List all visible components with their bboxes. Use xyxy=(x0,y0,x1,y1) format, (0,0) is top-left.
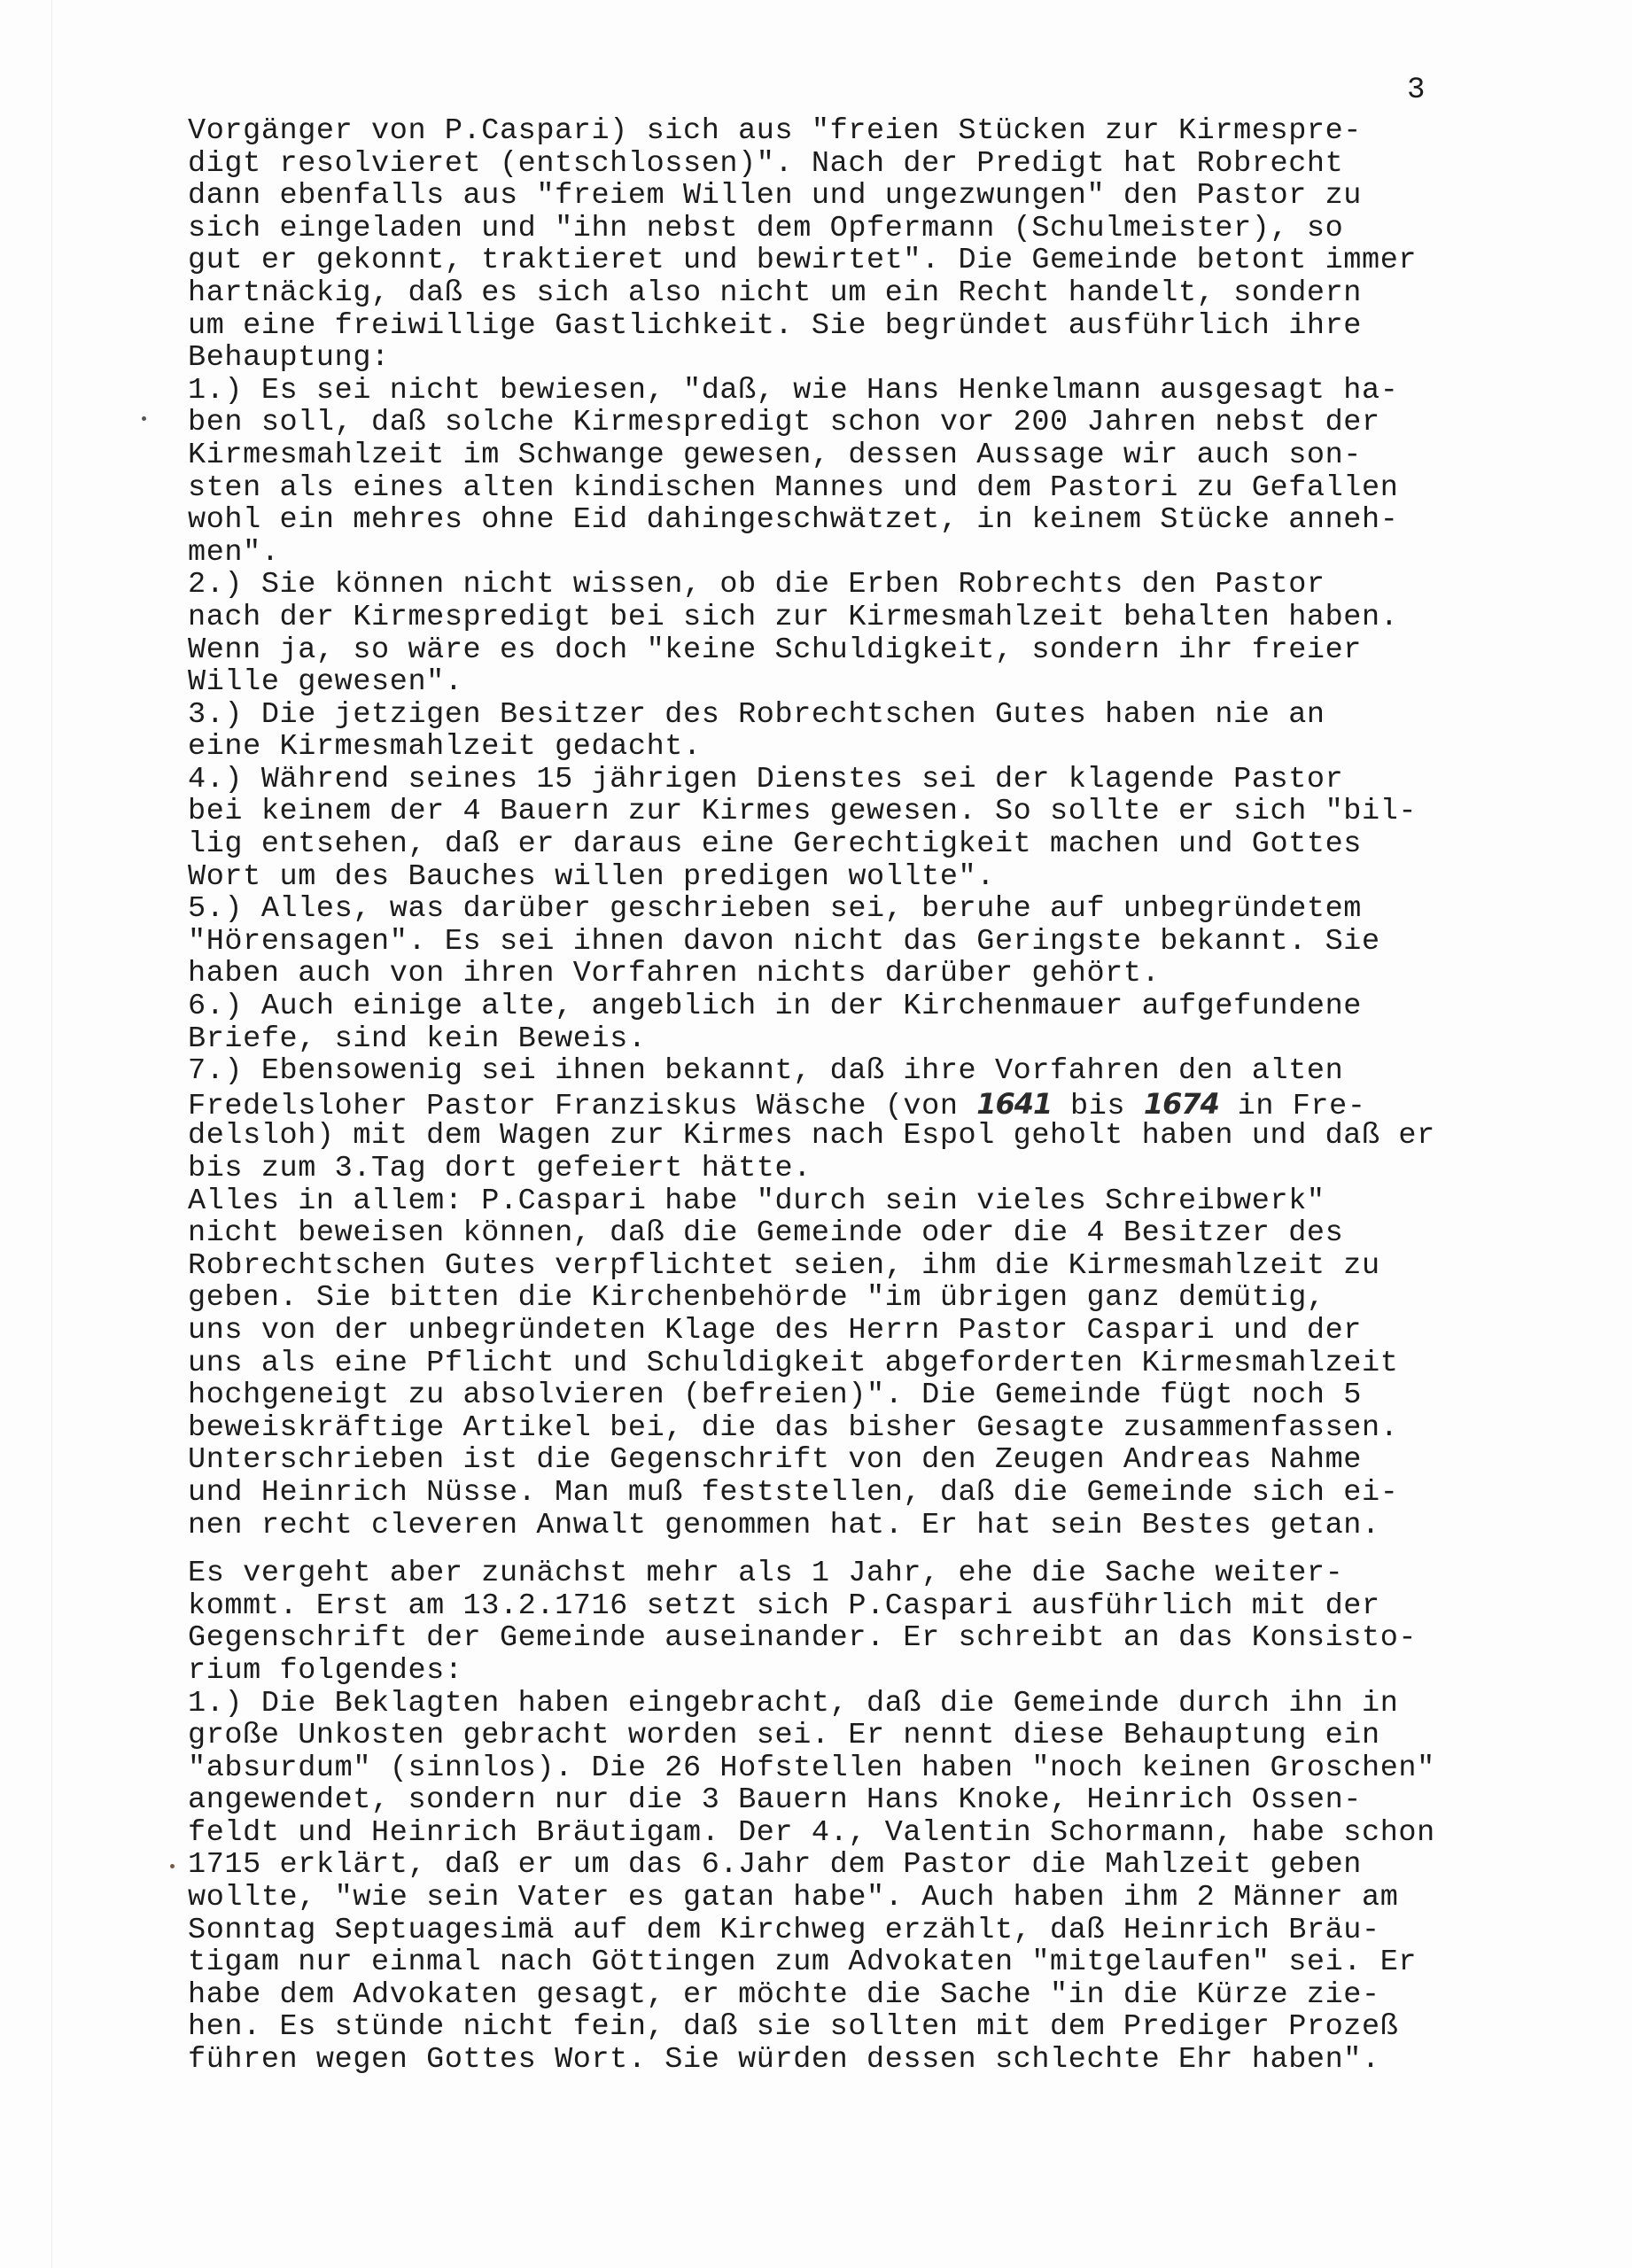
text-line: Briefe, sind kein Beweis. xyxy=(188,1023,1570,1056)
text-line: wohl ein mehres ohne Eid dahingeschwätze… xyxy=(188,504,1570,537)
text-line: 6.) Auch einige alte, angeblich in der K… xyxy=(188,990,1570,1023)
numbered-point: 6.) Auch einige alte, angeblich in der K… xyxy=(188,990,1570,1055)
document-page: 3 Vorgänger von P.Caspari) sich aus "fre… xyxy=(0,0,1632,2268)
text-line: lig entsehen, daß er daraus eine Gerecht… xyxy=(188,828,1570,861)
text-line: kommt. Erst am 13.2.1716 setzt sich P.Ca… xyxy=(188,1590,1570,1623)
numbered-point: 1.) Es sei nicht bewiesen, "daß, wie Han… xyxy=(188,375,1570,570)
text-line: uns als eine Pflicht und Schuldigkeit ab… xyxy=(188,1348,1570,1380)
text-line: hartnäckig, daß es sich also nicht um ei… xyxy=(188,277,1570,310)
text-line: Robrechtschen Gutes verpflichtet seien, … xyxy=(188,1250,1570,1283)
text-line: 4.) Während seines 15 jährigen Dienstes … xyxy=(188,764,1570,796)
text-line: beweiskräftige Artikel bei, die das bish… xyxy=(188,1412,1570,1445)
text-line: bis zum 3.Tag dort gefeiert hätte. xyxy=(188,1153,1570,1185)
text-line: hen. Es stünde nicht fein, daß sie sollt… xyxy=(188,2011,1570,2044)
handwritten-year: 1674 xyxy=(1144,1087,1219,1121)
text-line: rium folgendes: xyxy=(188,1655,1570,1688)
paragraph: Vorgänger von P.Caspari) sich aus "freie… xyxy=(188,115,1570,375)
text-line: "absurdum" (sinnlos). Die 26 Hofstellen … xyxy=(188,1752,1570,1785)
text-line: eine Kirmesmahlzeit gedacht. xyxy=(188,731,1570,764)
text-line: sich eingeladen und "ihn nebst dem Opfer… xyxy=(188,213,1570,245)
text-line: uns von der unbegründeten Klage des Herr… xyxy=(188,1315,1570,1348)
numbered-point: 2.) Sie können nicht wissen, ob die Erbe… xyxy=(188,569,1570,698)
text-line: 1.) Die Beklagten haben eingebracht, daß… xyxy=(188,1688,1570,1720)
text-line: Wille gewesen". xyxy=(188,666,1570,699)
text-line: Alles in allem: P.Caspari habe "durch se… xyxy=(188,1185,1570,1218)
margin-dot-mark xyxy=(142,416,146,421)
text-line: ben soll, daß solche Kirmespredigt schon… xyxy=(188,407,1570,439)
text-line: Fredelsloher Pastor Franziskus Wäsche (v… xyxy=(188,1088,1570,1121)
numbered-point: 7.) Ebensowenig sei ihnen bekannt, daß i… xyxy=(188,1055,1570,1184)
text-line: und Heinrich Nüsse. Man muß feststellen,… xyxy=(188,1477,1570,1510)
margin-dot-mark xyxy=(170,1864,175,1868)
text-line: Es vergeht aber zunächst mehr als 1 Jahr… xyxy=(188,1557,1570,1590)
text-line: große Unkosten gebracht worden sei. Er n… xyxy=(188,1720,1570,1752)
text-line: tigam nur einmal nach Göttingen zum Advo… xyxy=(188,1946,1570,1979)
text-line: 3.) Die jetzigen Besitzer des Robrechtsc… xyxy=(188,699,1570,732)
text-line: "Hörensagen". Es sei ihnen davon nicht d… xyxy=(188,926,1570,959)
numbered-point: 5.) Alles, was darüber geschrieben sei, … xyxy=(188,893,1570,990)
text-line: wollte, "wie sein Vater es gatan habe". … xyxy=(188,1882,1570,1915)
paragraph-gap xyxy=(188,1542,1570,1557)
text-line: gut er gekonnt, traktieret und bewirtet"… xyxy=(188,245,1570,277)
paragraph: Alles in allem: P.Caspari habe "durch se… xyxy=(188,1185,1570,1542)
numbered-point: 1.) Die Beklagten haben eingebracht, daß… xyxy=(188,1688,1570,2077)
text-line: habe dem Advokaten gesagt, er möchte die… xyxy=(188,1979,1570,2012)
text-line: Behauptung: xyxy=(188,342,1570,375)
typewritten-body: Vorgänger von P.Caspari) sich aus "freie… xyxy=(188,115,1570,2077)
text-line: 7.) Ebensowenig sei ihnen bekannt, daß i… xyxy=(188,1055,1570,1088)
text-line: nach der Kirmespredigt bei sich zur Kirm… xyxy=(188,602,1570,634)
text-line: 1.) Es sei nicht bewiesen, "daß, wie Han… xyxy=(188,375,1570,408)
text-line: haben auch von ihren Vorfahren nichts da… xyxy=(188,958,1570,990)
handwritten-year: 1641 xyxy=(976,1087,1052,1121)
paragraph: Es vergeht aber zunächst mehr als 1 Jahr… xyxy=(188,1557,1570,1687)
text-line: sten als eines alten kindischen Mannes u… xyxy=(188,472,1570,505)
text-line: angewendet, sondern nur die 3 Bauern Han… xyxy=(188,1784,1570,1817)
text-line: bei keinem der 4 Bauern zur Kirmes gewes… xyxy=(188,796,1570,828)
text-line: um eine freiwillige Gastlichkeit. Sie be… xyxy=(188,310,1570,343)
text-line: delsloh) mit dem Wagen zur Kirmes nach E… xyxy=(188,1120,1570,1153)
text-line: Kirmesmahlzeit im Schwange gewesen, dess… xyxy=(188,439,1570,472)
text-line: dann ebenfalls aus "freiem Willen und un… xyxy=(188,180,1570,213)
text-line: 1715 erklärt, daß er um das 6.Jahr dem P… xyxy=(188,1849,1570,1882)
text-line: Unterschrieben ist die Gegenschrift von … xyxy=(188,1444,1570,1477)
text-line: Wenn ja, so wäre es doch "keine Schuldig… xyxy=(188,634,1570,667)
scan-edge-line xyxy=(51,0,52,2268)
text-line: nicht beweisen können, daß die Gemeinde … xyxy=(188,1217,1570,1250)
numbered-point: 4.) Während seines 15 jährigen Dienstes … xyxy=(188,764,1570,893)
text-line: 2.) Sie können nicht wissen, ob die Erbe… xyxy=(188,569,1570,602)
text-line: nen recht cleveren Anwalt genommen hat. … xyxy=(188,1510,1570,1542)
text-line: Wort um des Bauches willen predigen woll… xyxy=(188,861,1570,894)
text-line: men". xyxy=(188,537,1570,570)
text-line: 5.) Alles, was darüber geschrieben sei, … xyxy=(188,893,1570,926)
text-line: führen wegen Gottes Wort. Sie würden des… xyxy=(188,2044,1570,2077)
numbered-point: 3.) Die jetzigen Besitzer des Robrechtsc… xyxy=(188,699,1570,764)
text-line: Gegenschrift der Gemeinde auseinander. E… xyxy=(188,1622,1570,1655)
text-line: feldt und Heinrich Bräutigam. Der 4., Va… xyxy=(188,1817,1570,1850)
text-line: Sonntag Septuagesimä auf dem Kirchweg er… xyxy=(188,1915,1570,1947)
page-number: 3 xyxy=(1407,73,1425,108)
text-line: Vorgänger von P.Caspari) sich aus "freie… xyxy=(188,115,1570,148)
text-line: hochgeneigt zu absolvieren (befreien)". … xyxy=(188,1379,1570,1412)
text-line: digt resolvieret (entschlossen)". Nach d… xyxy=(188,148,1570,181)
text-line: geben. Sie bitten die Kirchenbehörde "im… xyxy=(188,1282,1570,1315)
